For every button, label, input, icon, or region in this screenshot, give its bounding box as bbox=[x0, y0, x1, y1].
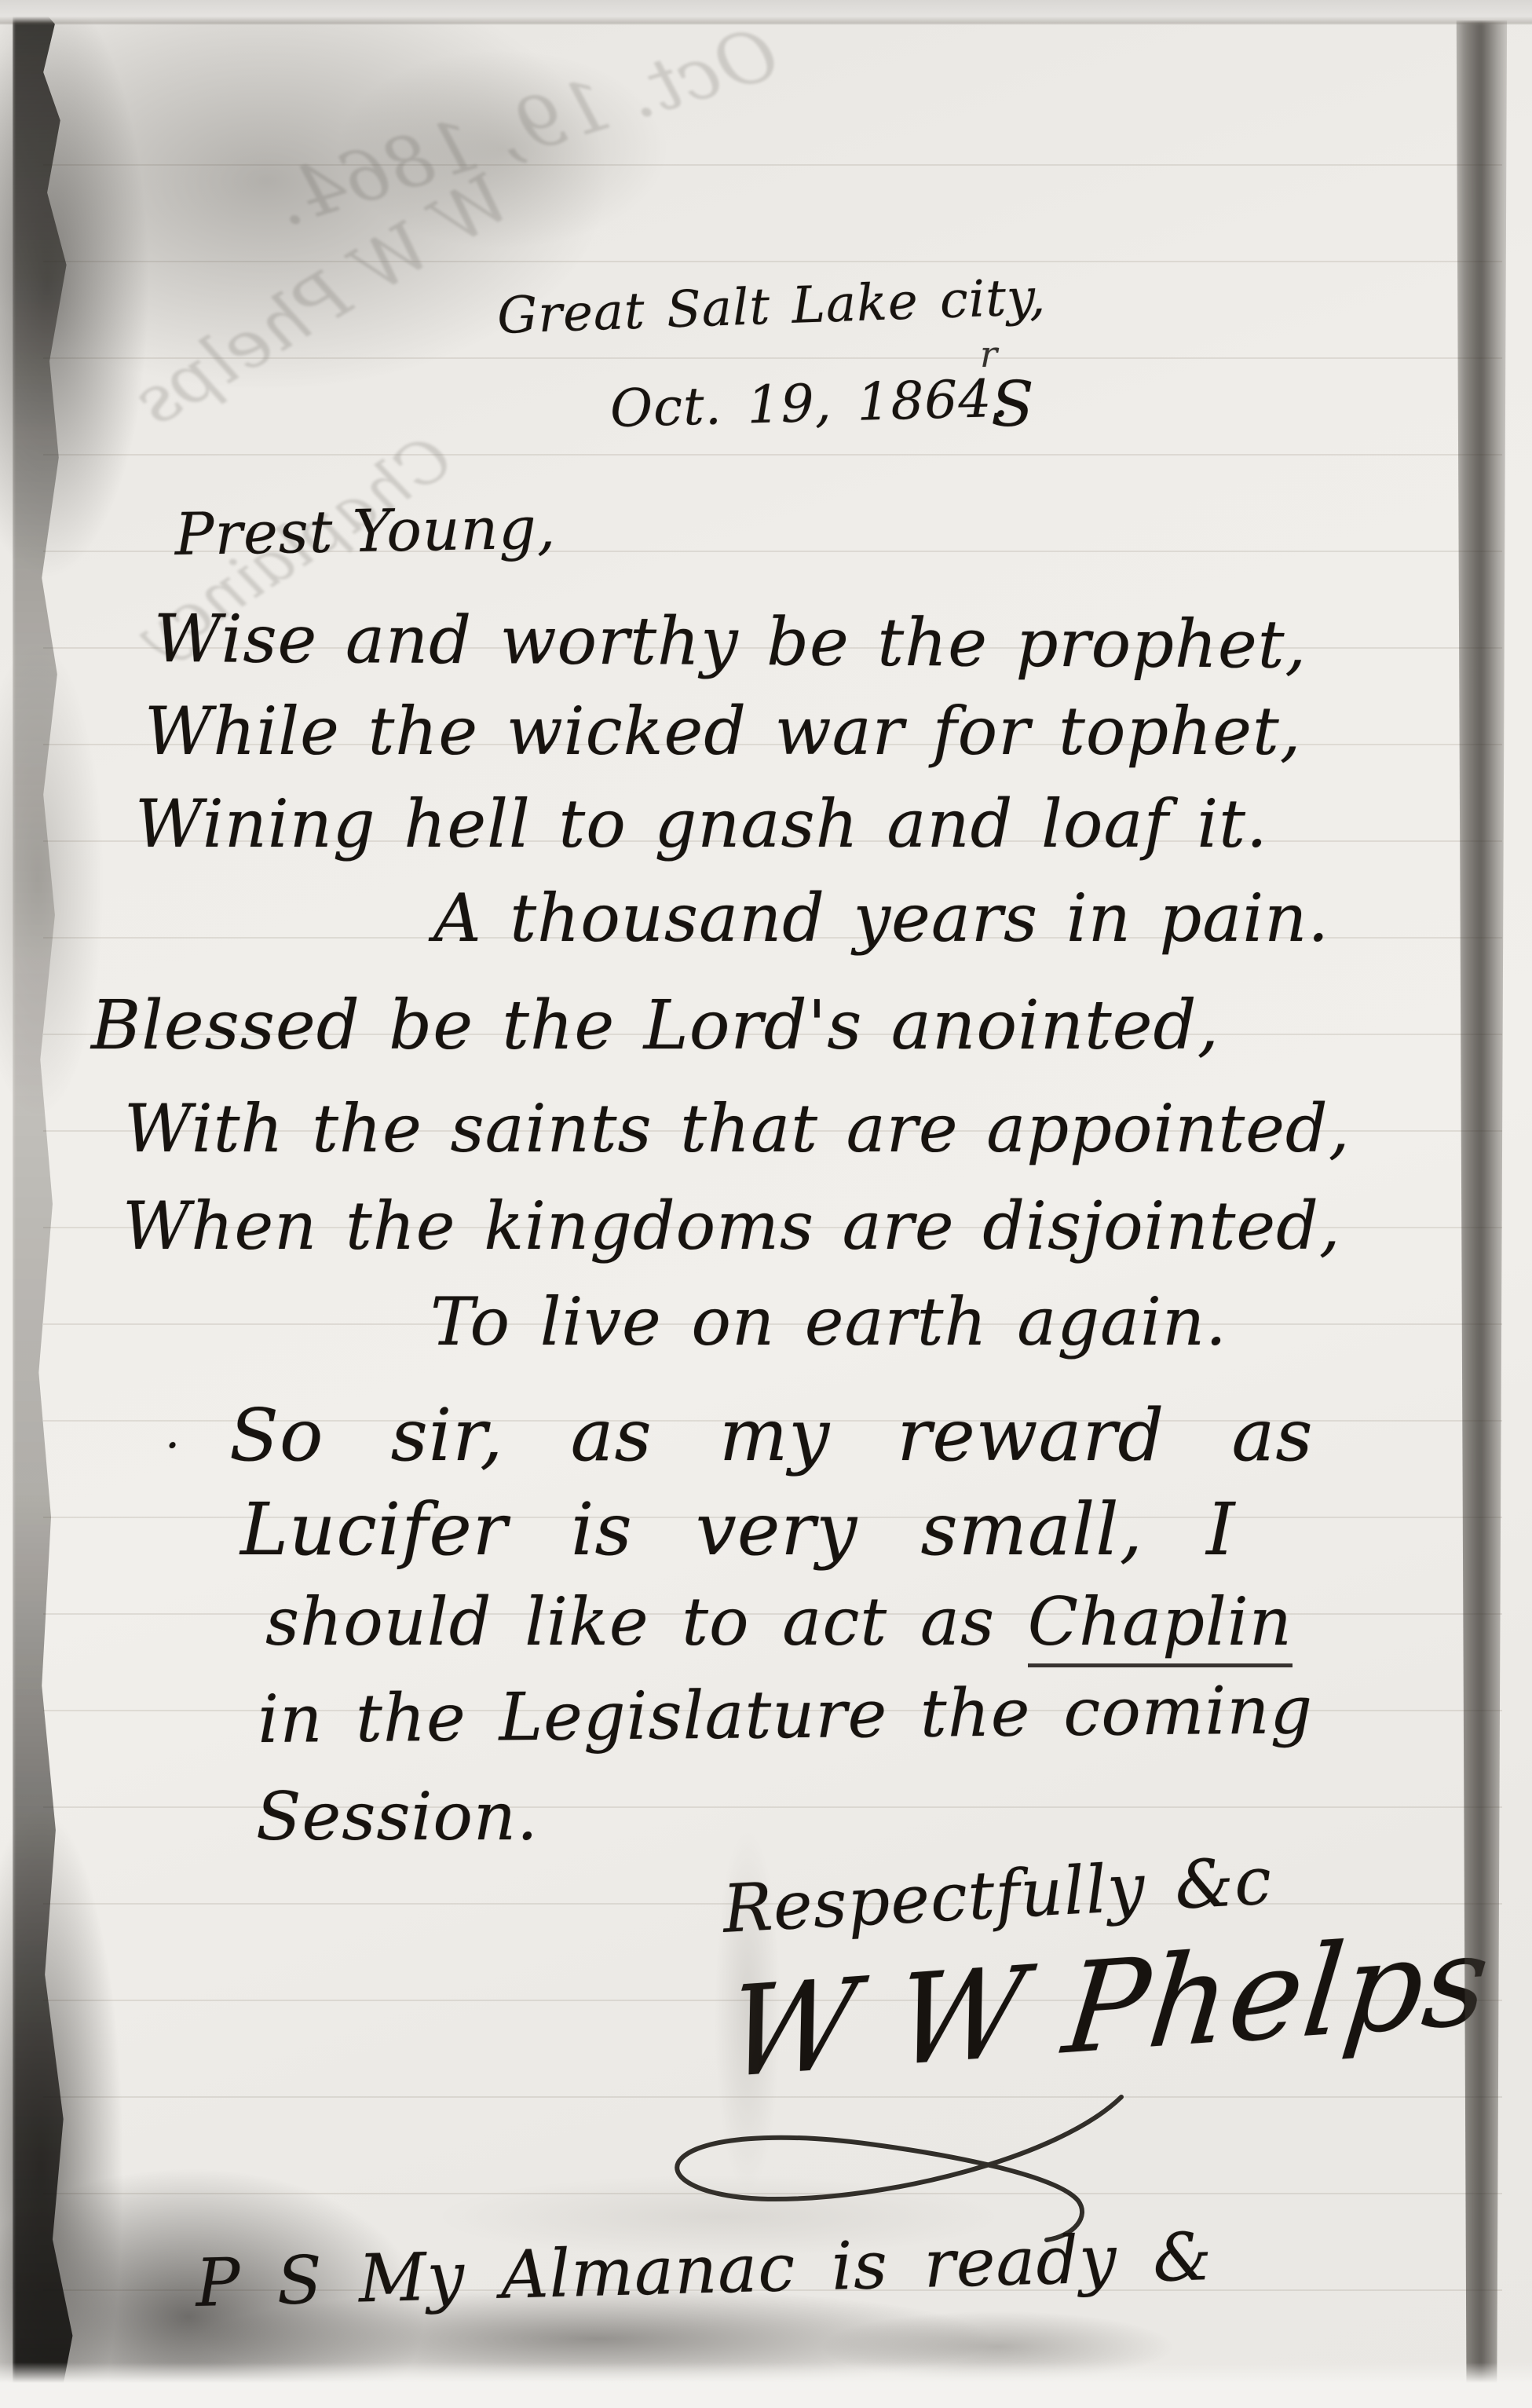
letter-page: Oct. 19, 1864. W W Phelps Chaplaincy Gre… bbox=[0, 0, 1532, 2408]
body-line-1: So sir, as my reward as bbox=[229, 1393, 1314, 1477]
poem-line-2: While the wicked war for tophet, bbox=[144, 693, 1301, 770]
page-bottom-edge bbox=[0, 2362, 1532, 2408]
poem-line-8: To live on earth again. bbox=[430, 1283, 1227, 1360]
underlined-word-chaplin: Chaplin bbox=[1028, 1583, 1293, 1667]
poem-line-6: With the saints that are appointed, bbox=[124, 1090, 1350, 1167]
body-line-3: should like to act as Chaplin bbox=[265, 1583, 1293, 1660]
poem-line-4: A thousand years in pain. bbox=[433, 880, 1329, 957]
body-line-4: in the Legislature the coming bbox=[258, 1671, 1314, 1758]
body-line-3-text: should like to act as bbox=[265, 1583, 1028, 1660]
poem-line-5: Blessed be the Lord's anointed, bbox=[91, 986, 1219, 1065]
poem-line-7: When the kingdoms are disjointed, bbox=[122, 1188, 1341, 1264]
dateline-date-flourish: S bbox=[991, 368, 1035, 441]
poem-line-1: Wise and worthy be the prophet, bbox=[153, 600, 1307, 683]
margin-ink-dot: . bbox=[165, 1404, 181, 1459]
salutation: Prest Young, bbox=[174, 495, 557, 569]
dateline-place: Great Salt Lake city, bbox=[496, 269, 1047, 346]
postscript: P S My Almanac is ready & bbox=[195, 2218, 1213, 2322]
torn-edge-left bbox=[13, 0, 90, 2408]
dateline-date: Oct. 19, 1864. bbox=[609, 368, 1010, 439]
body-line-5: Session. bbox=[256, 1778, 539, 1855]
body-line-2: Lucifer is very small, I bbox=[240, 1488, 1236, 1572]
poem-line-3: Wining hell to gnash and loaf it. bbox=[135, 785, 1268, 862]
